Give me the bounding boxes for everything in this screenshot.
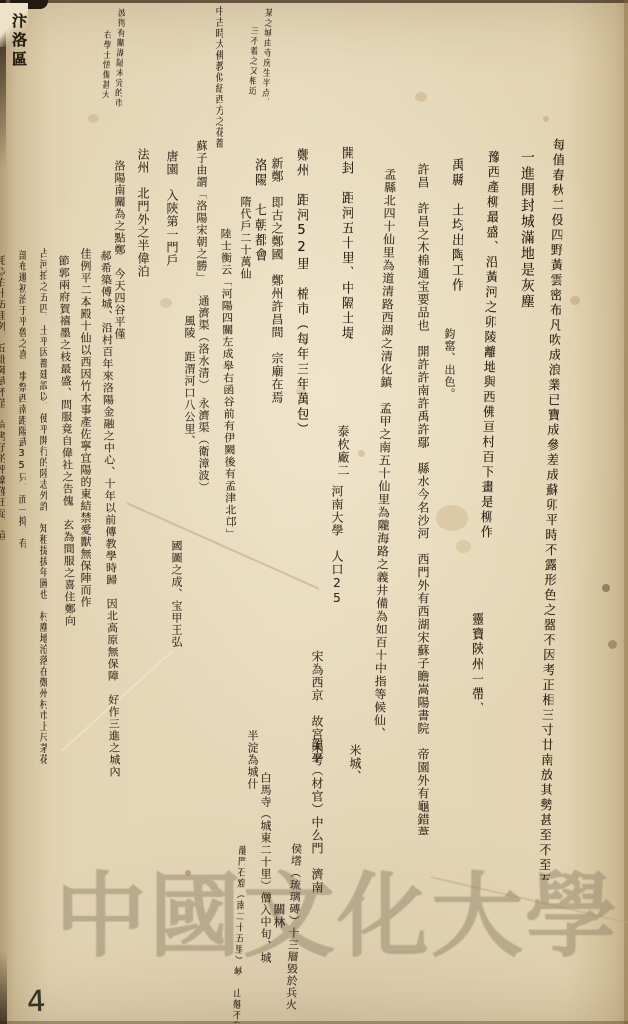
handwriting-column: 孟縣北四十仙里為道清路西湖之清化鎮 孟甲之南五十仙里為隴海路之義井備為如百十中指… bbox=[371, 168, 396, 868]
handwriting-column: 中古時大佛教似紐西方之花都 bbox=[213, 6, 223, 181]
handwriting-column: 陸士衡云「河陽四關左成皋右函谷前有伊闕後有孟津北邙」 bbox=[220, 228, 238, 628]
handwriting-column: 靈寶陝州一帶、 bbox=[470, 612, 483, 732]
handwriting-column: 許昌 許昌之木棉通宝要品也 開許許南許禹許鄢 縣水今名沙河 西門外有西湖宋蘇子瞻… bbox=[417, 163, 429, 835]
handwriting-column: 國圖之成、宝甲王弘 bbox=[171, 540, 182, 680]
handwriting-column: 法州 北門外之半偉泊 bbox=[137, 148, 149, 323]
handwriting-column: 部布遷初治于平魯之喜 事祭西南距陽武35只、而一抑、有 bbox=[16, 250, 26, 1020]
manuscript-page: 中國文化大學 汴洛區 4 每值春秋二伇四野黃雲密布凡吹成浪業已寶成參差成蘇卯平時… bbox=[0, 0, 628, 1024]
handwriting-column: 毛以右十五里外、丘北陣武不值 向考子的平楽僅田足、宣 bbox=[0, 255, 5, 1023]
stain bbox=[608, 640, 617, 649]
handwriting-column: 每值春秋二伇四野黃雲密布凡吹成浪業已寶成參差成蘇卯平時不露形色之器不因考正相三寸… bbox=[537, 138, 564, 880]
handwriting-column: 關林 bbox=[273, 903, 285, 958]
crease bbox=[127, 502, 320, 589]
handwriting-column: 波得有關湖阯未完的市 bbox=[112, 8, 125, 126]
handwriting-column: 一進開封城滿地是灰塵 bbox=[520, 150, 534, 345]
handwriting-column: 風陵 距渭河口八公里、 bbox=[184, 315, 195, 485]
stain bbox=[456, 540, 471, 553]
handwriting-column: 鈞窰、出色。 bbox=[444, 328, 455, 423]
handwriting-column: 新鄭 即古之鄭國 鄭州許昌間 宗廟在焉 bbox=[271, 157, 283, 447]
stain bbox=[543, 116, 549, 122]
stain bbox=[570, 296, 580, 305]
handwriting-column: 龍亭（材官）中么門 濟南 bbox=[311, 738, 323, 948]
handwriting-column: 三不着之又相近 bbox=[246, 26, 258, 114]
university-watermark: 中國文化大學 bbox=[55, 843, 615, 963]
handwriting-column: 占河拍之五匹、土平因都建設以、使平開行的陸志外許 知租提拔年圖也 村塵地沧落在鄭… bbox=[37, 248, 47, 1013]
handwriting-column: 某之城由寺房生半点、 bbox=[259, 8, 272, 120]
stain bbox=[436, 505, 468, 531]
right-edge-line bbox=[624, 0, 628, 1024]
handwriting-column: 洛陽 七朝都會 bbox=[253, 158, 266, 308]
handwriting-column: 隋代戶二十萬仙 bbox=[240, 196, 251, 326]
handwriting-column: 通濟渠（洛水清） 永濟渠（衛漳波） bbox=[198, 295, 209, 575]
handwriting-column: 米城、 bbox=[349, 744, 361, 799]
handwriting-column: 河南大學 人口25 bbox=[331, 485, 343, 640]
handwriting-column: 佳例平二本殿十仙以西因竹木事產佐寧宜陽的東結禁愛獸無保陣而作 bbox=[80, 248, 91, 973]
handwriting-column: 唐園 入陝第一門戶 bbox=[166, 150, 178, 310]
stain bbox=[88, 114, 99, 123]
handwriting-column: 蘇子由謂「洛陽宋朝之勝」 bbox=[196, 140, 207, 325]
handwriting-column: 開封 距河五十里、中隔土堤 bbox=[340, 146, 353, 391]
handwriting-column: 禹縣 土均出陶工作 bbox=[450, 158, 463, 313]
handwriting-column: 白馬寺（城東二十里）僧入中旬、城 bbox=[260, 772, 271, 1024]
stain bbox=[358, 450, 365, 457]
stain bbox=[415, 92, 427, 102]
handwriting-column: 豫西產柳最盛、沿黃河之卯陵離地與西佛亘村百下畫是柳作 bbox=[477, 150, 499, 615]
top-edge-shadow bbox=[0, 0, 628, 3]
handwriting-column: 半淀為城什 bbox=[247, 730, 258, 825]
handwriting-column: 洛陽南關為之點鄭 今天四谷平僅 bbox=[114, 160, 125, 415]
stain bbox=[602, 584, 610, 592]
region-label: 汴洛區 bbox=[9, 13, 30, 70]
handwriting-column: 鄭州 距河52里 棉市（每年三年萬包） bbox=[295, 148, 308, 438]
handwriting-column: 右學士悟傷甚大 bbox=[99, 30, 111, 122]
